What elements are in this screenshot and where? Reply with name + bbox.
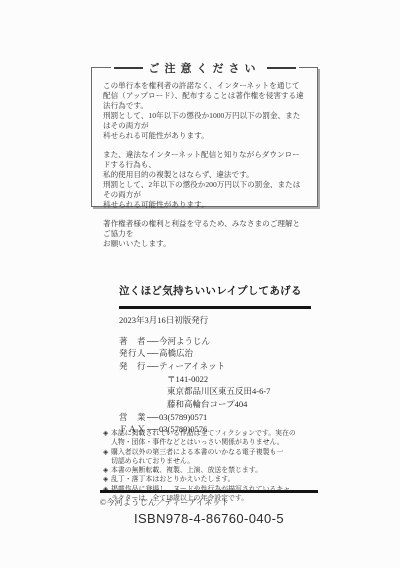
- legend-left-rule: [114, 67, 143, 69]
- diamond-bullet-icon: ◈: [103, 448, 111, 467]
- publisher-person-label: 発行人: [119, 347, 146, 360]
- sales-phone: 03(5789)0571: [159, 411, 207, 424]
- author-row: 著 者 ── 今河ようじん: [119, 335, 311, 348]
- sales-phone-row: 営 業 ── 03(5789)0571: [119, 411, 311, 424]
- legend-right-rule: [267, 67, 296, 69]
- title-divider-rule: [119, 306, 311, 309]
- copyright-line: ©今河ようじん／ティーアイネット: [100, 497, 229, 508]
- publication-details: 著 者 ── 今河ようじん 発行人 ── 高橋広治 発 行 ── ティーアイネッ…: [119, 335, 311, 437]
- author-name: 今河ようじん: [159, 335, 210, 348]
- row-dash: ──: [147, 347, 158, 360]
- note-electronic-copy: ◈ 購入者以外の第三者による本書のいかなる電子複製も一 切認められておりません。: [103, 448, 318, 467]
- publisher-name: ティーアイネット: [159, 360, 225, 373]
- colophon-block: 泣くほど気持ちいいレイプしてあげる 2023年3月16日初版発行 著 者 ── …: [119, 283, 311, 436]
- warning-box-legend: ご注意ください: [111, 60, 299, 76]
- diamond-bullet-icon: ◈: [103, 429, 111, 448]
- row-dash: ──: [147, 335, 158, 348]
- publisher-person-row: 発行人 ── 高橋広治: [119, 347, 311, 360]
- edition-date: 2023年3月16日初版発行: [119, 314, 311, 326]
- publisher-label: 発 行: [119, 360, 146, 373]
- warning-paragraph-cooperation: 著作権者様の権利と利益を守るため、みなさまのご理解とご協力を お願いいたします。: [103, 219, 307, 249]
- warning-paragraph-upload: この単行本を権利者の許諾なく、インターネットを通じて 配信（アップロード）、配布…: [103, 81, 307, 141]
- publisher-address: 〒141-0022 東京都品川区東五反田4-6-7 藤和高輪台コープ404: [119, 373, 311, 411]
- colophon-page: ご注意ください この単行本を権利者の許諾なく、インターネットを通じて 配信（アッ…: [0, 0, 400, 568]
- sales-label: 営 業: [119, 411, 146, 424]
- row-dash: ──: [147, 360, 158, 373]
- publisher-row: 発 行 ── ティーアイネット: [119, 360, 311, 373]
- diamond-bullet-icon: ◈: [103, 475, 111, 484]
- book-title: 泣くほど気持ちいいレイプしてあげる: [119, 283, 311, 298]
- footer-divider-rule: [100, 490, 318, 493]
- copyright-warning-box: ご注意ください この単行本を権利者の許諾なく、インターネットを通じて 配信（アッ…: [91, 67, 318, 207]
- note-defective-copies: ◈ 乱丁・落丁本はおとりかえいたします。: [103, 475, 318, 484]
- diamond-bullet-icon: ◈: [103, 466, 111, 475]
- row-dash: ──: [147, 411, 158, 424]
- warning-title: ご注意ください: [149, 60, 261, 76]
- note-reproduction: ◈ 本書の無断転載、複製、上演、放送を禁じます。: [103, 466, 318, 475]
- publisher-person-name: 高橋広治: [159, 347, 193, 360]
- note-fiction: ◈ 本誌に掲載されている作品は全てフィクションです。実在の 人物・団体・事件など…: [103, 429, 318, 448]
- author-label: 著 者: [119, 335, 146, 348]
- isbn-number: ISBN978-4-86760-040-5: [100, 511, 318, 526]
- warning-paragraph-download: また、違法なインターネット配信と知りながらダウンロードする行為も、 私的使用目的…: [103, 150, 307, 210]
